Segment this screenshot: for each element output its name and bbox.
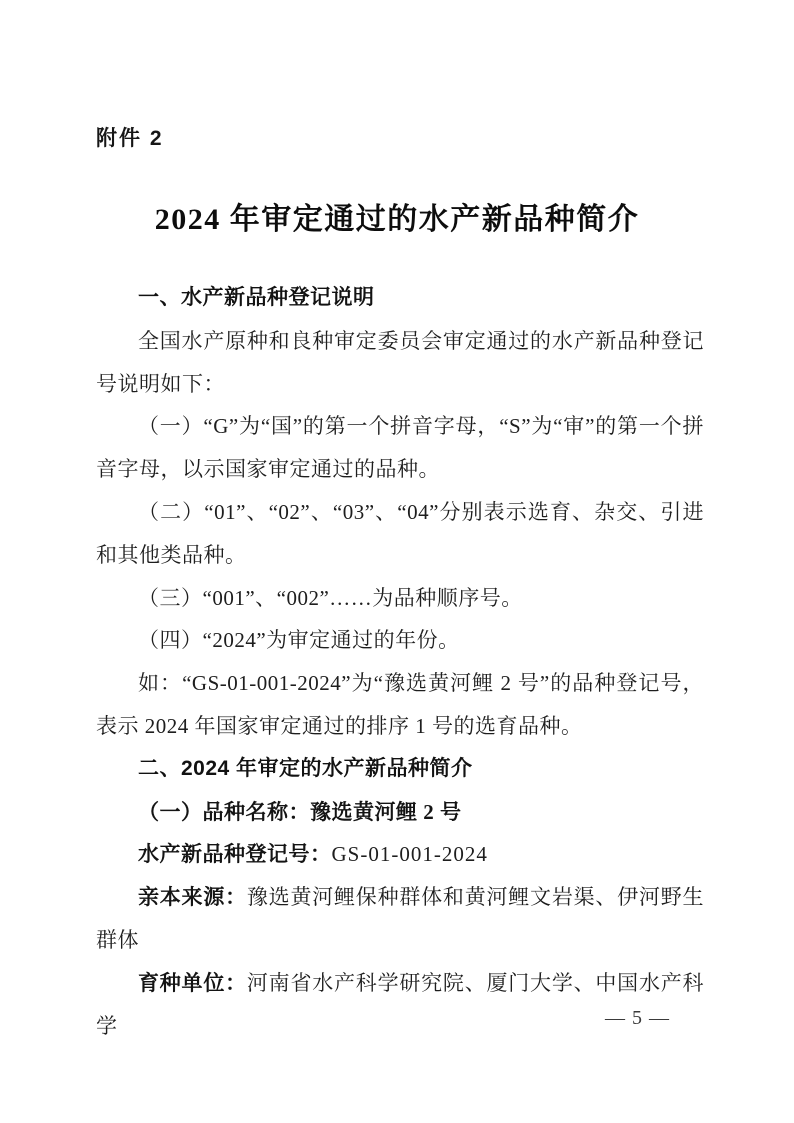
breeding-unit-line: 育种单位：河南省水产科学研究院、厦门大学、中国水产科学	[96, 962, 704, 1048]
registration-number-label: 水产新品种登记号：	[138, 842, 332, 866]
variety-name-label: （一）品种名称：	[138, 800, 310, 824]
page-number: — 5 —	[605, 1007, 670, 1030]
registration-rule-item-4: （四）“2024”为审定通过的年份。	[96, 619, 704, 662]
section2-heading: 二、2024 年审定的水产新品种简介	[96, 748, 704, 791]
document-page: 附件 2 2024 年审定通过的水产新品种简介 一、水产新品种登记说明 全国水产…	[0, 0, 794, 1123]
registration-number-value: GS-01-001-2024	[332, 842, 488, 866]
document-title: 2024 年审定通过的水产新品种简介	[0, 194, 794, 238]
registration-rule-item-1: （一）“G”为“国”的第一个拼音字母，“S”为“审”的第一个拼音字母，以示国家审…	[96, 405, 704, 491]
registration-example-paragraph: 如：“GS-01-001-2024”为“豫选黄河鲤 2 号”的品种登记号，表示 …	[96, 662, 704, 748]
section1-heading: 一、水产新品种登记说明	[96, 277, 704, 320]
attachment-label: 附件 2	[96, 122, 164, 152]
registration-rule-item-3: （三）“001”、“002”……为品种顺序号。	[96, 577, 704, 620]
parent-source-line: 亲本来源：豫选黄河鲤保种群体和黄河鲤文岩渠、伊河野生群体	[96, 876, 704, 962]
variety-name-value: 豫选黄河鲤 2 号	[310, 800, 462, 824]
registration-rule-item-2: （二）“01”、“02”、“03”、“04”分别表示选育、杂交、引进和其他类品种…	[96, 491, 704, 577]
breeding-unit-label: 育种单位：	[138, 971, 247, 995]
registration-number-line: 水产新品种登记号：GS-01-001-2024	[96, 833, 704, 876]
parent-source-label: 亲本来源：	[138, 885, 247, 909]
document-body: 一、水产新品种登记说明 全国水产原种和良种审定委员会审定通过的水产新品种登记号说…	[96, 277, 704, 1047]
section1-intro-paragraph: 全国水产原种和良种审定委员会审定通过的水产新品种登记号说明如下：	[96, 320, 704, 406]
variety-name-line: （一）品种名称：豫选黄河鲤 2 号	[96, 791, 704, 834]
